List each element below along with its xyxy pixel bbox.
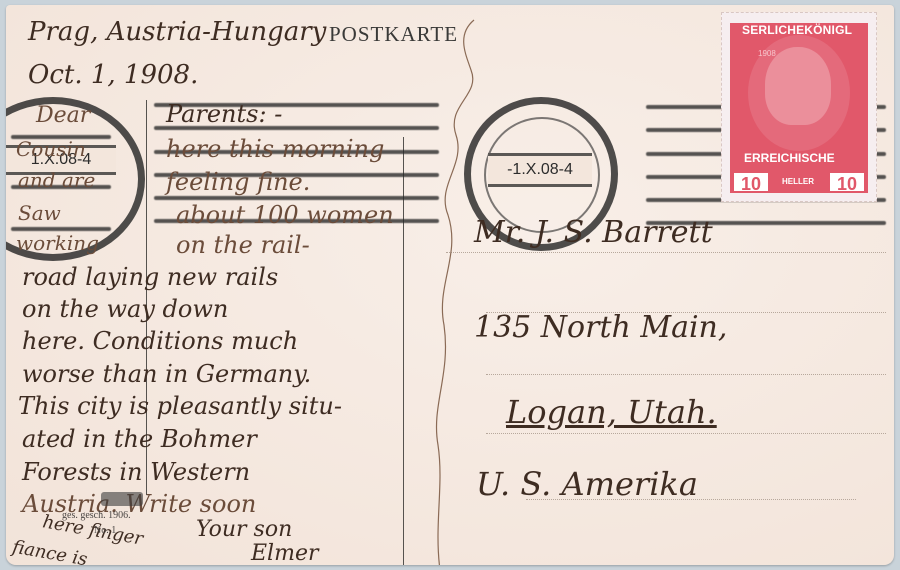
stamp-year: 1908 bbox=[758, 49, 776, 58]
stamp-face: SERLICHEKÖNIGL 1908 ERREICHISCHE 10 HELL… bbox=[730, 23, 868, 193]
stamp-top-text: SERLICHEKÖNIGL bbox=[742, 23, 852, 37]
address-line-1 bbox=[446, 252, 886, 253]
stamp-portrait bbox=[765, 47, 831, 125]
signature: Elmer bbox=[251, 541, 319, 565]
message-line: on the rail- bbox=[176, 231, 310, 259]
address-country: U. S. Amerika bbox=[476, 465, 698, 503]
stamp-currency: HELLER bbox=[782, 177, 814, 186]
stamp-value-right: 10 bbox=[828, 171, 866, 193]
address-name: Mr. J. S. Barrett bbox=[474, 215, 713, 250]
message-line: here this morning bbox=[166, 135, 384, 163]
message-line: ated in the Bohmer bbox=[22, 425, 257, 453]
message-line: Cousin bbox=[16, 137, 86, 161]
message-line: Saw bbox=[18, 201, 61, 225]
message-line: here. Conditions much bbox=[22, 327, 298, 355]
postmark-center-date: -1.X.08-4 bbox=[488, 153, 592, 187]
message-line: Your son bbox=[196, 517, 292, 542]
message-line: and are bbox=[18, 168, 95, 192]
message-line: feeling fine. bbox=[166, 168, 310, 196]
stamp-bottom-text: ERREICHISCHE bbox=[744, 151, 835, 165]
stamp-value-left: 10 bbox=[732, 171, 770, 193]
address-line-3 bbox=[486, 374, 886, 375]
message-line: Dear bbox=[36, 103, 90, 128]
message-line: Parents: - bbox=[166, 100, 282, 128]
message-line: This city is pleasantly situ- bbox=[18, 392, 342, 420]
address-line-4 bbox=[486, 433, 886, 434]
place-line: Prag, Austria-Hungary bbox=[28, 17, 326, 47]
imprint-copyright: ges. gesch. 1906. bbox=[62, 510, 131, 521]
imprint-number: No. 1 bbox=[94, 525, 116, 536]
message-line: working bbox=[16, 231, 99, 255]
message-line: worse than in Germany. bbox=[22, 360, 311, 388]
message-line: Forests in Western bbox=[22, 458, 250, 486]
stray-pen-stroke bbox=[426, 15, 486, 565]
address-city: Logan, Utah. bbox=[506, 393, 717, 431]
message-line: about 100 women bbox=[176, 201, 394, 229]
message-line: fiance is bbox=[11, 537, 89, 565]
message-line: road laying new rails bbox=[22, 263, 278, 291]
postcard: POSTKARTE 1.X.08-4 -1.X.08-4 bbox=[6, 5, 894, 565]
message-right-rule bbox=[403, 137, 404, 565]
postage-stamp: SERLICHEKÖNIGL 1908 ERREICHISCHE 10 HELL… bbox=[721, 12, 877, 202]
message-line: on the way down bbox=[22, 295, 228, 323]
date-line: Oct. 1, 1908. bbox=[28, 60, 198, 90]
address-street: 135 North Main, bbox=[474, 310, 727, 345]
publisher-logo bbox=[101, 492, 143, 506]
